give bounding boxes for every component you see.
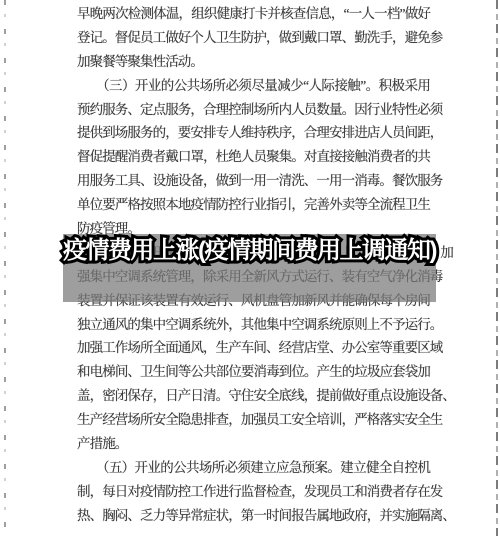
- document-line: 产措施。: [77, 432, 430, 456]
- document-line: 加强工作场所全面通风，生产车间、经营店堂、办公室等重要区域: [77, 336, 430, 360]
- document-line: （三）开业的公共场所必须尽量减少“人际接触”。积极采用: [77, 74, 430, 98]
- document-line: 制，每日对疫情防控工作进行监督检查，发现员工和消费者存在发: [77, 480, 430, 504]
- document-line: （五）开业的公共场所必须建立应急预案。建立健全自控机: [77, 456, 430, 480]
- document-page: 早晚两次检测体温，组织健康打卡并核查信息，“一人一档”做好登记。督促员工做好个人…: [0, 0, 500, 536]
- document-line: 加聚餐等聚集性活动。: [77, 50, 430, 74]
- document-line: 独立通风的集中空调系统外，其他集中空调系统原则上不予运行。: [77, 313, 430, 337]
- article-title: 疫情费用上涨(疫情期间费用上调通知): [63, 235, 436, 266]
- document-line: 用服务工具、设施设备，做到一用一清洗、一用一消毒。餐饮服务: [77, 169, 430, 193]
- document-line: 早晚两次检测体温，组织健康打卡并核查信息，“一人一档”做好: [77, 2, 430, 26]
- document-line: 热、胸闷、乏力等异常症状，第一时间报告属地政府，并实施隔离、: [77, 504, 430, 528]
- document-line: 督促提醒消费者戴口罩，杜绝人员聚集。对直接接触消费者的共: [77, 145, 430, 169]
- document-line: 登记。督促员工做好个人卫生防护，做到戴口罩、勤洗手，避免参: [77, 26, 430, 50]
- scan-edge-left: [4, 0, 6, 536]
- document-line: 和电梯间、卫生间等公共部位要消毒到位。产生的垃圾应套袋加: [77, 360, 430, 384]
- scan-edge-right: [496, 0, 498, 536]
- document-line: 单位要严格按照本地疫情防控行业指引，完善外卖等全流程卫生: [77, 193, 430, 217]
- article-title-overlay: 疫情费用上涨(疫情期间费用上调通知) 疫情费用上涨(疫情期间费用上调通知): [63, 234, 436, 302]
- document-line: 提供到场服务的，要安排专人维持秩序，合理安排进店人员间距，: [77, 121, 430, 145]
- document-line: 盖，密闭保存，日产日清。守住安全底线，提前做好重点设施设备、: [77, 384, 430, 408]
- document-line: 生产经营场所安全隐患排查，加强员工安全培训，严格落实安全生: [77, 408, 430, 432]
- document-line: 预约服务、定点服务，合理控制场所内人员数量。因行业特性必须: [77, 98, 430, 122]
